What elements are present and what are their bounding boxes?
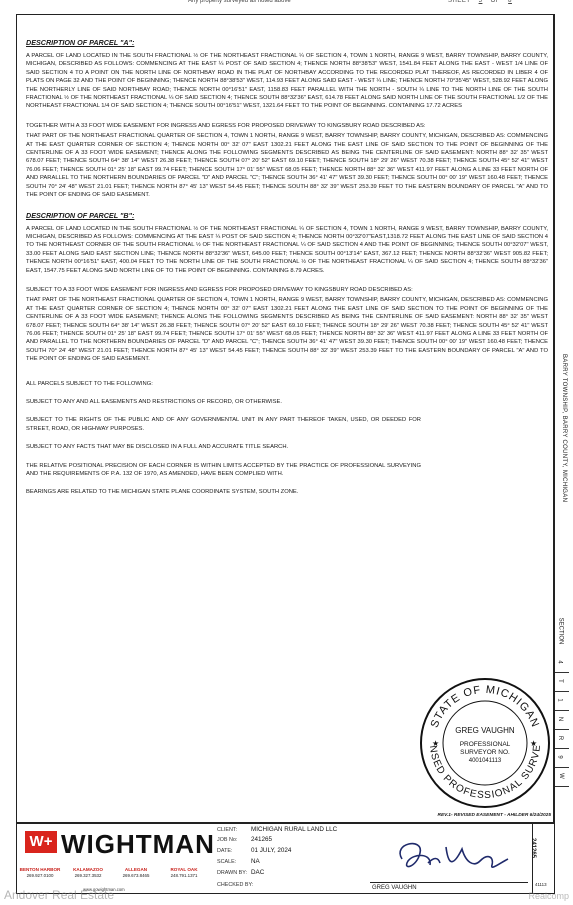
svg-text:GREG VAUGHN: GREG VAUGHN: [455, 726, 515, 735]
title-block: W+ WIGHTMAN BENTON HARBOR 269.927.0100 K…: [16, 822, 555, 894]
note-item: SUBJECT TO ANY FACTS THAT MAY BE DISCLOS…: [26, 443, 421, 451]
logo-text: WIGHTMAN: [61, 829, 215, 860]
section-cell: T: [555, 673, 569, 692]
parcel-a-description: A PARCEL OF LAND LOCATED IN THE SOUTH FR…: [26, 52, 548, 111]
svg-text:SURVEYOR NO.: SURVEYOR NO.: [460, 749, 510, 756]
section-cells: 4 T 1 N R 9 W: [555, 654, 569, 787]
office-item: ALLEGAN 269.673.8465: [113, 867, 159, 878]
surveyor-seal: STATE OF MICHIGAN LICENSED PROFESSIONAL …: [418, 676, 552, 810]
signature-line: [370, 882, 528, 883]
parcel-a-easement-intro: TOGETHER WITH A 33 FOOT WIDE EASEMENT FO…: [26, 122, 548, 130]
svg-text:★: ★: [530, 739, 537, 748]
signer-name: GREG VAUGHN: [372, 885, 417, 891]
section-cell: R: [555, 730, 569, 749]
logo-mark: W+: [25, 831, 57, 853]
office-item: KALAMAZOO 269.327.3532: [65, 867, 111, 878]
notes: ALL PARCELS SUBJECT TO THE FOLLOWING: SU…: [26, 380, 421, 497]
signer-number: 41113: [535, 882, 547, 887]
scale-row: SCALE:NA: [217, 858, 260, 865]
svg-text:STATE OF MICHIGAN: STATE OF MICHIGAN: [429, 684, 542, 730]
revision-note: REV.1- REVISED EASEMENT - AHILDER 6/24/2…: [438, 813, 551, 818]
section-block: SECTION 4 T 1 N R 9 W: [555, 620, 569, 770]
top-note: Any property surveyed as noted above: [188, 0, 291, 4]
svg-text:★: ★: [432, 739, 439, 748]
job-row: JOB No:241265: [217, 836, 272, 843]
sheet-number: SHEET 5 OF 8: [448, 0, 518, 4]
section-cell: 4: [555, 654, 569, 673]
seal-icon: STATE OF MICHIGAN LICENSED PROFESSIONAL …: [418, 676, 552, 810]
parcel-b-easement: THAT PART OF THE NORTHEAST FRACTIONAL QU…: [26, 296, 548, 363]
parcel-b-description: A PARCEL OF LAND LOCATED IN THE SOUTH FR…: [26, 225, 548, 275]
note-item: ALL PARCELS SUBJECT TO THE FOLLOWING:: [26, 380, 421, 388]
note-item: THE RELATIVE POSITIONAL PRECISION OF EAC…: [26, 462, 421, 479]
parcel-b-heading: DESCRIPTION OF PARCEL "B":: [26, 211, 548, 220]
drawn-by-row: DRAWN BY:DAC: [217, 869, 264, 876]
note-item: SUBJECT TO ANY AND ALL EASEMENTS AND RES…: [26, 398, 421, 406]
legal-descriptions: DESCRIPTION OF PARCEL "A": A PARCEL OF L…: [26, 38, 548, 507]
section-cell: N: [555, 711, 569, 730]
parcel-a-easement: THAT PART OF THE NORTHEAST FRACTIONAL QU…: [26, 132, 548, 199]
section-cell: 1: [555, 692, 569, 711]
section-cell: 9: [555, 749, 569, 768]
svg-text:PROFESSIONAL: PROFESSIONAL: [460, 741, 511, 748]
office-item: BENTON HARBOR 269.927.0100: [17, 867, 63, 878]
parcel-b-easement-intro: SUBJECT TO A 33 FOOT WIDE EASEMENT FOR I…: [26, 286, 548, 294]
date-row: DATE:01 JULY, 2024: [217, 847, 291, 854]
checked-by-row: CHECKED BY:: [217, 881, 251, 888]
side-title: BARRY TOWNSHIP, BARRY COUNTY, MICHIGAN: [555, 358, 569, 548]
signature-icon: [362, 823, 532, 883]
client-row: CLIENT:MICHIGAN RURAL LAND LLC: [217, 826, 337, 833]
job-number-vertical: 241265: [530, 838, 536, 858]
watermark-left: Andover Real Estate: [4, 888, 114, 902]
signature-area: GREG VAUGHN: [362, 823, 532, 893]
sheet-header: Any property surveyed as noted above SHE…: [0, 0, 573, 10]
note-item: SUBJECT TO THE RIGHTS OF THE PUBLIC AND …: [26, 416, 421, 433]
note-item: BEARINGS ARE RELATED TO THE MICHIGAN STA…: [26, 488, 421, 496]
svg-text:4001041113: 4001041113: [469, 758, 502, 764]
job-number-column: 241265 41113: [532, 823, 555, 893]
section-label: SECTION: [557, 618, 563, 645]
side-divider: [553, 14, 554, 822]
section-cell: W: [555, 768, 569, 787]
office-item: ROYAL OAK 248.791.1371: [161, 867, 207, 878]
company-logo: W+ WIGHTMAN BENTON HARBOR 269.927.0100 K…: [17, 823, 215, 893]
project-info: CLIENT:MICHIGAN RURAL LAND LLC JOB No:24…: [217, 823, 362, 893]
parcel-a-heading: DESCRIPTION OF PARCEL "A":: [26, 38, 548, 47]
watermark-right: Realcomp: [528, 891, 569, 901]
